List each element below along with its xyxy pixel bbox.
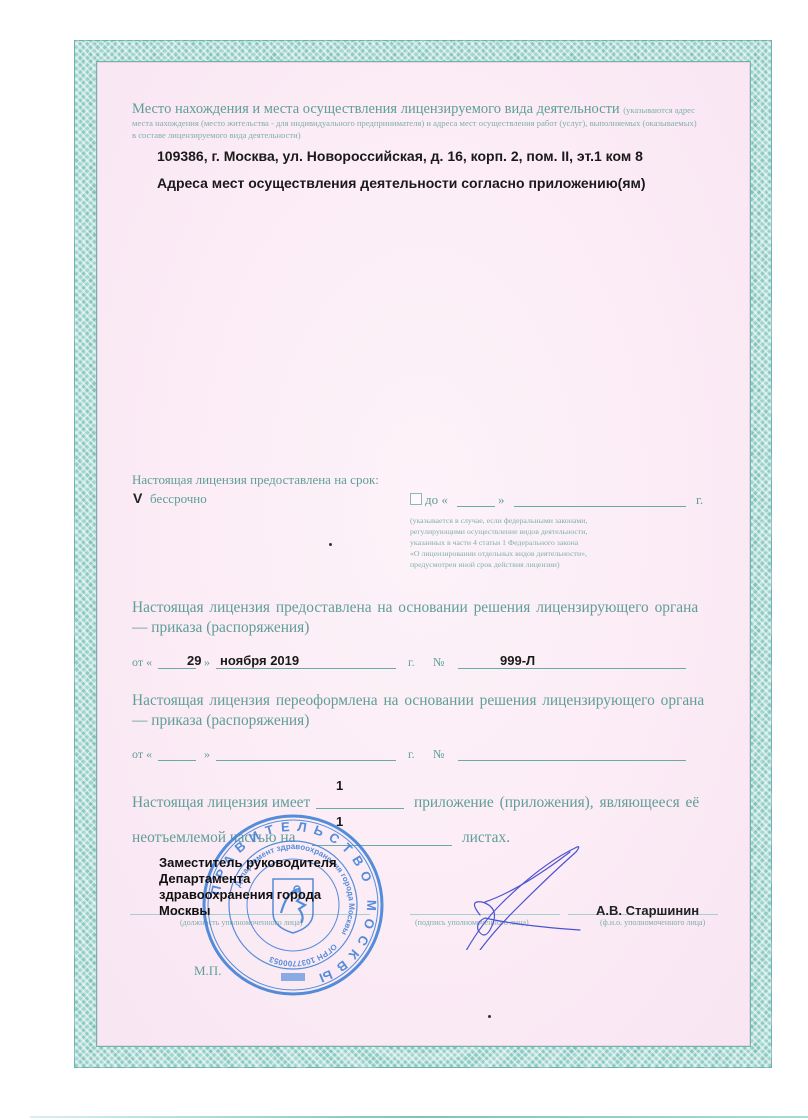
reissue-number-label: № xyxy=(433,747,444,762)
until-note-line: предусмотрен иной срок действия лицензии… xyxy=(410,559,587,570)
appendix-line1-suffix: приложение (приложения), являющееся её xyxy=(414,794,699,812)
appendix-line1-prefix: Настоящая лицензия имеет xyxy=(132,794,310,812)
reissue-basis-line1: Настоящая лицензия переоформлена на осно… xyxy=(132,692,704,710)
until-prefix: до « xyxy=(425,492,448,508)
grant-number: 999-Л xyxy=(500,653,535,668)
svg-text:ОГРН 1037700053: ОГРН 1037700053 xyxy=(268,942,339,968)
until-checkbox[interactable] xyxy=(410,493,422,505)
grant-basis-line2: — приказа (распоряжения) xyxy=(132,619,309,637)
grant-month-year: ноября 2019 xyxy=(220,653,299,668)
signatory-position: Заместитель руководителя Департамента зд… xyxy=(159,855,337,919)
ink-speck xyxy=(488,1015,491,1018)
appendix-count-field[interactable] xyxy=(316,808,404,809)
location-note-1: (указываются адрес xyxy=(623,105,695,115)
position-line-text: Москвы xyxy=(159,903,337,919)
address-line: 109386, г. Москва, ул. Новороссийская, д… xyxy=(157,148,643,164)
indefinite-label: бессрочно xyxy=(150,491,207,507)
handwritten-signature xyxy=(440,830,620,950)
grant-quote-close: » xyxy=(204,655,210,670)
grant-date-field[interactable] xyxy=(216,668,396,669)
grant-day: 29 xyxy=(187,653,201,668)
reissue-number-field[interactable] xyxy=(458,760,686,761)
addresses-note: Адреса мест осуществления деятельности с… xyxy=(157,175,646,191)
grant-year-suffix: г. xyxy=(408,655,415,670)
grant-number-field[interactable] xyxy=(458,668,686,669)
seal-label: М.П. xyxy=(194,963,221,979)
grant-number-label: № xyxy=(433,655,444,670)
until-day-field[interactable] xyxy=(457,506,495,507)
location-heading: Место нахождения и места осуществления л… xyxy=(132,101,695,118)
until-note-line: «О лицензировании отдельных видов деятел… xyxy=(410,548,587,559)
until-note-line: регулирующими осуществление видов деятел… xyxy=(410,526,587,537)
until-date-field[interactable] xyxy=(514,506,686,507)
appendix-count: 1 xyxy=(336,778,343,793)
stamp-ogrn-text: ОГРН 1037700053 xyxy=(268,942,339,968)
position-line-text: Заместитель руководителя xyxy=(159,855,337,871)
until-note-line: указанных в части 4 статьи 1 Федеральног… xyxy=(410,537,587,548)
ink-speck xyxy=(329,543,332,546)
grant-day-field[interactable] xyxy=(158,668,196,669)
until-note-line: (указывается в случае, если федеральными… xyxy=(410,515,587,526)
reissue-date-field[interactable] xyxy=(216,760,396,761)
until-quote-close: » xyxy=(498,492,505,508)
reissue-from-label: от « xyxy=(132,747,152,762)
page-edge-line xyxy=(30,1116,808,1118)
location-note-2: места нахождения (место жительства - для… xyxy=(132,118,697,129)
position-line-text: Департамента xyxy=(159,871,337,887)
position-line-text: здравоохранения города xyxy=(159,887,337,903)
grant-from-label: от « xyxy=(132,655,152,670)
indefinite-checkbox[interactable]: V xyxy=(133,490,142,506)
grant-basis-line1: Настоящая лицензия предоставлена на осно… xyxy=(132,599,698,617)
reissue-day-field[interactable] xyxy=(158,760,196,761)
term-heading: Настоящая лицензия предоставлена на срок… xyxy=(132,472,379,488)
reissue-year-suffix: г. xyxy=(408,747,415,762)
until-year-suffix: г. xyxy=(696,492,703,508)
location-heading-text: Место нахождения и места осуществления л… xyxy=(132,101,620,117)
reissue-basis-line2: — приказа (распоряжения) xyxy=(132,712,309,730)
reissue-quote-close: » xyxy=(204,747,210,762)
location-note-3: в составе лицензируемого вида деятельнос… xyxy=(132,130,301,141)
until-note: (указывается в случае, если федеральными… xyxy=(410,515,587,570)
